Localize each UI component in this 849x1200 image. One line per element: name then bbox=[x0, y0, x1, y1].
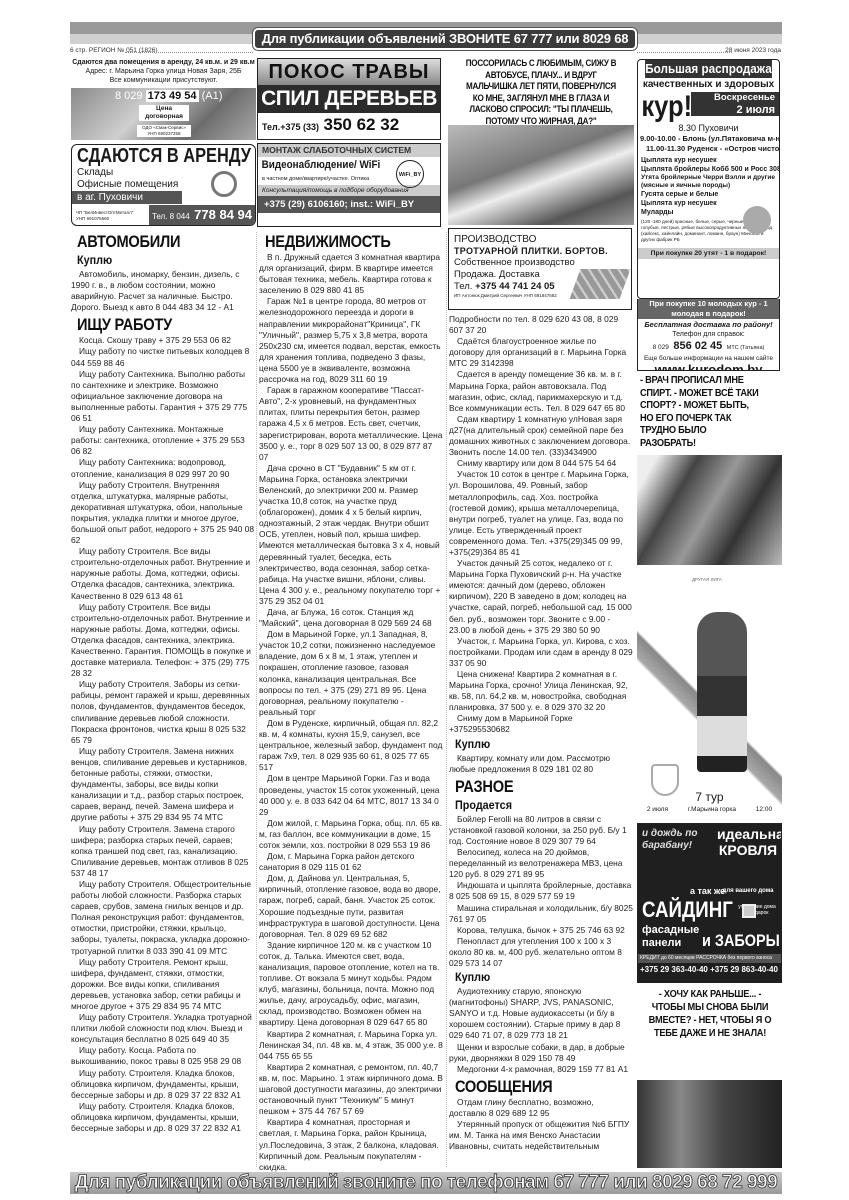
joke-before-photo bbox=[637, 1080, 782, 1168]
ad-poultry-s2: 9.00-10.00 - Блонь (ул.Пятаковича м-н Пч… bbox=[638, 134, 779, 144]
ad-poultry-day: Воскресенье bbox=[691, 92, 775, 104]
column-3: Подробности по тел. 8 029 620 43 08, 8 0… bbox=[449, 314, 633, 1152]
column-2: НЕДВИЖИМОСТЬ В п. Дружный сдается 3 комн… bbox=[259, 230, 443, 1173]
classified-item: Ищу работу Строителя. Внутренняя отделка… bbox=[71, 480, 254, 547]
ad-tiles-phone-label: Тел. bbox=[454, 281, 472, 292]
classified-item: Квартира 4 комнатная, просторная и светл… bbox=[259, 1117, 443, 1172]
ad-roofing-l3: для вашего дома bbox=[717, 888, 779, 894]
heading-real-estate: НЕДВИЖИМОСТЬ bbox=[265, 232, 418, 252]
ad-grass-phone-label: Тел.+375 (33) bbox=[262, 122, 319, 132]
ad-tiles-phone: +375 44 741 24 05 bbox=[475, 281, 555, 292]
classified-item: Ищу работу Строителя. Все виды строитель… bbox=[71, 602, 254, 680]
folio-date: 28 июня 2023 года bbox=[725, 47, 781, 54]
classified-item: В п. Дружный сдается 3 комнатная квартир… bbox=[259, 252, 443, 296]
ad-poultry-phone: 856 02 45 bbox=[673, 340, 722, 352]
gift-icon bbox=[742, 904, 756, 918]
classified-item: Ищу работу. Строителя. Кладка блоков, об… bbox=[71, 1101, 254, 1134]
ad-premises-operator: (A1) bbox=[202, 90, 223, 102]
wifi-logo-icon: WiFi_BY bbox=[396, 160, 424, 188]
ad-roofing-l1: и дождь по барабану! bbox=[642, 828, 712, 852]
joke-doctor-text: - ВРАЧ ПРОПИСАЛ МНЕ СПИРТ. - МОЖЕТ ВСЁ Т… bbox=[640, 374, 761, 449]
header-banner: Для публикации объявлений ЗВОНИТЕ 67 777… bbox=[253, 28, 637, 50]
classified-item: Квартиру, комнату или дом. Рассмотрю люб… bbox=[449, 753, 633, 775]
classified-item: Гараж №1 в центре города, 80 метров от ж… bbox=[259, 296, 443, 385]
ad-rent-location: в аг. Пуховичи bbox=[72, 191, 182, 204]
classified-item: Дом, г. Марьина Горка район детского сан… bbox=[259, 851, 443, 873]
classified-item: Ищу работу Строителя. Все виды строитель… bbox=[71, 546, 254, 601]
ad-wifi-contact: +375 (29) 6106160; inst.: WiFi_BY bbox=[258, 196, 440, 213]
classified-item: Квартира 2 комнатная, г. Марьина Горка у… bbox=[259, 1029, 443, 1062]
classified-item: Сдам квартиру 1 комнатную улНовая заря д… bbox=[449, 414, 633, 458]
heading-automobiles: АВТОМОБИЛИ bbox=[77, 232, 229, 252]
footer-banner: Для публикации объявлений звоните по тел… bbox=[70, 1172, 782, 1194]
classified-item: Ищу работу Сантехника. Выполню работы по… bbox=[71, 369, 254, 424]
ad-premises-phone: 173 49 54 bbox=[146, 90, 199, 102]
joke-before-text: - ХОЧУ КАК РАНЬШЕ... - ЧТОБЫ МЫ СНОВА БЫ… bbox=[648, 988, 771, 1040]
ad-poultry: Большая распродажа качественных и здоров… bbox=[637, 59, 780, 299]
classified-item: Участок 10 соток в центре г. Марьина Гор… bbox=[449, 469, 633, 558]
classified-item: Сдается в аренду помещение 36 кв. м. в г… bbox=[449, 369, 633, 413]
classified-item: Утерянный пропуск от общежития №6 БГПУ и… bbox=[449, 1119, 633, 1152]
column-divider bbox=[446, 232, 447, 1167]
ad-tiles-line1: ПРОИЗВОДСТВО bbox=[449, 233, 631, 246]
heading-buy: Куплю bbox=[455, 737, 615, 752]
ad-poultry-delivery: Бесплатная доставка по району! bbox=[638, 319, 779, 330]
ad-tiles: ПРОИЗВОДСТВО ТРОТУАРНОЙ ПЛИТКИ. БОРТОВ. … bbox=[448, 228, 632, 310]
classified-item: Автомобиль, иномарку, бензин, дизель, с … bbox=[71, 269, 254, 313]
ad-tiles-line3: Собственное производство bbox=[449, 257, 631, 269]
classified-item: Косца. Скошу траву + 375 29 553 06 82 bbox=[71, 335, 254, 346]
classified-item: Машина стиральная и холодильник, б/у 802… bbox=[449, 903, 633, 925]
ad-roofing-l7: и ЗАБОРЫ bbox=[702, 932, 780, 950]
ad-poultry-phone-label: Телефон для справок: bbox=[638, 330, 779, 339]
classified-item: Индюшата и цыплята бройлерные, доставка … bbox=[449, 880, 633, 902]
ad-roofing-credit: КРЕДИТ до 60 месяцев РАССРОЧКА без перво… bbox=[638, 954, 781, 963]
joke-bus-photo bbox=[448, 125, 634, 225]
classified-item: Дача, аг Блужа, 16 соток. Станция жд "Ма… bbox=[259, 607, 443, 629]
football-date: 2 июля bbox=[647, 806, 668, 813]
ad-poultry-title1: Большая распродажа bbox=[645, 60, 772, 78]
hen-image bbox=[743, 206, 771, 234]
column-1: АВТОМОБИЛИ Куплю Автомобиль, иномарку, б… bbox=[71, 230, 254, 1134]
ad-poultry-item: Утята бройлерные Черри Вэлли и другие (м… bbox=[641, 174, 779, 190]
classified-item: Ищу работу. Строителя. Кладка блоков, об… bbox=[71, 1068, 254, 1101]
column-divider bbox=[256, 232, 257, 1167]
ad-roofing-phone2: +375 29 863-40-40 bbox=[710, 965, 778, 974]
classified-item: Ищу работу Сантехника. Монтажные работы:… bbox=[71, 424, 254, 457]
ad-poultry-item: Цыплята бройлеры Кобб 500 и Росс 308 bbox=[641, 165, 779, 174]
ad-poultry-bottom: При покупке 10 молодых кур - 1 молодая в… bbox=[637, 299, 780, 371]
classified-item: Здание кирпичное 120 м. кв с участком 10… bbox=[259, 940, 443, 1029]
football-player-image bbox=[697, 612, 747, 772]
classified-item: Отдам глину бесплатно, возможно, доставл… bbox=[449, 1097, 633, 1119]
classified-item: Медогонки 4-х рамочная, 8029 159 77 81 А… bbox=[449, 1064, 633, 1075]
ad-premises-address: Адрес: г. Марьина Горка улица Новая Заря… bbox=[71, 67, 256, 76]
classified-item: Дом в Марьиной Горке, ул.1 Западная, 8, … bbox=[259, 629, 443, 718]
ad-wifi-title: МОНТАЖ СЛАБОТОЧНЫХ СИСТЕМ bbox=[258, 144, 440, 157]
heading-looking-for-work: ИЩУ РАБОТУ bbox=[77, 315, 229, 335]
classified-item: Ищу работу Строителя. Общестроительные р… bbox=[71, 879, 254, 957]
classified-item: Цена снижена! Квартира 2 комнатная в г. … bbox=[449, 669, 633, 713]
classified-item: Ищу работу. Косца. Работа по выкошиванию… bbox=[71, 1045, 254, 1067]
ad-premises-price: Цена договорная bbox=[139, 105, 189, 121]
ad-poultry-date: 2 июля bbox=[691, 104, 775, 116]
ad-rent: СДАЮТСЯ В АРЕНДУ Склады Офисные помещени… bbox=[71, 144, 256, 226]
ad-wifi: МОНТАЖ СЛАБОТОЧНЫХ СИСТЕМ Видеонаблюдени… bbox=[257, 143, 441, 227]
ad-roofing-phone1: +375 29 363-40-40 bbox=[640, 965, 708, 974]
ad-premises-title: Сдаются два помещения в аренду, 24 кв.м.… bbox=[71, 58, 256, 67]
ad-premises: Сдаются два помещения в аренду, 24 кв.м.… bbox=[71, 58, 256, 142]
ad-premises-company: ОДО «Смак-Сервис» УНП 690237258 bbox=[137, 125, 191, 137]
ad-poultry-s3: 11.00-11.30 Руденск - «Остров чистоты» bbox=[638, 144, 779, 154]
classified-item: Дом в Руденске, кирпичный, общая пл. 82,… bbox=[259, 718, 443, 773]
football-time: 12:00 bbox=[756, 806, 772, 813]
ad-poultry-promo2: При покупке 10 молодых кур - 1 молодая в… bbox=[638, 299, 779, 319]
ad-premises-phone-prefix: 8 029 bbox=[115, 90, 143, 102]
ad-poultry-site: www.kurodom.by bbox=[638, 363, 779, 371]
ad-grass-line2: СПИЛ ДЕРЕВЬЕВ bbox=[258, 85, 440, 113]
classified-item: Гараж в гаражном кооперативе "Пассат-Авт… bbox=[259, 385, 443, 463]
ad-grass-line1: ПОКОС ТРАВЫ bbox=[258, 59, 440, 85]
classified-item: Дача срочно в СТ "Будавник" 5 км от г. М… bbox=[259, 463, 443, 607]
classified-item: Корова, телушка, бычок + 375 25 746 63 9… bbox=[449, 925, 633, 936]
ad-tiles-line2: ТРОТУАРНОЙ ПЛИТКИ. БОРТОВ. bbox=[449, 246, 631, 257]
ad-poultry-item: Гусята серые и белые bbox=[641, 190, 779, 199]
classified-item: Ищу работу Строителя. Замена нижних венц… bbox=[71, 746, 254, 824]
classified-item: Ищу работу Строителя. Укладка тротуарной… bbox=[71, 1012, 254, 1045]
ad-poultry-s1: 8.30 Пуховичи bbox=[638, 123, 779, 134]
ad-roofing-l2: идеальная КРОВЛЯ bbox=[717, 826, 779, 858]
heading-miscellaneous: РАЗНОЕ bbox=[455, 777, 608, 797]
classified-item: Сниму дом в Марьиной Горке +375295530682 bbox=[449, 713, 633, 735]
classified-item: Участок дачный 25 соток, недалеко от г. … bbox=[449, 558, 633, 636]
keys-icon bbox=[211, 171, 237, 197]
heading-buy: Куплю bbox=[455, 970, 615, 985]
classified-item: Сниму квартиру или дом 8 044 575 54 64 bbox=[449, 458, 633, 469]
classified-item: Сдаётся благоустроенное жилье по договор… bbox=[449, 336, 633, 369]
ad-rent-title: СДАЮТСЯ В АРЕНДУ bbox=[77, 145, 223, 167]
football-poster: ДРУГАЯ ЛИГА 7 тур 2 июля г.Марьина горка… bbox=[637, 572, 782, 817]
ad-grass: ПОКОС ТРАВЫ СПИЛ ДЕРЕВЬЕВ Тел.+375 (33) … bbox=[257, 58, 441, 140]
football-round: 7 тур bbox=[637, 790, 782, 804]
ad-grass-phone: 350 62 32 bbox=[324, 115, 400, 134]
classified-item: Подробности по тел. 8 029 620 43 08, 8 0… bbox=[449, 314, 633, 336]
classified-item: Дом жилой, г. Марьина Горка, общ. пл. 65… bbox=[259, 818, 443, 851]
classified-item: Дом в центре Марьиной Горки. Газ и вода … bbox=[259, 773, 443, 817]
joke-bus-text: ПОССОРИЛАСЬ С ЛЮБИМЫМ, СИЖУ В АВТОБУСЕ, … bbox=[460, 58, 622, 127]
classified-item: Участок, г. Марьина Горка, ул. Кирова, с… bbox=[449, 636, 633, 669]
classified-item: Ищу работу Строителя. Замена старого шиф… bbox=[71, 824, 254, 879]
ad-poultry-phone-suffix: МТС (Татьяна) bbox=[727, 345, 765, 351]
ad-poultry-phone-prefix: 8 029 bbox=[653, 344, 669, 351]
classified-item: Ищу работу по чистке питьевых колодцев 8… bbox=[71, 346, 254, 368]
classified-item: Ищу работу Строителя. Заборы из сетки-ра… bbox=[71, 679, 254, 746]
classified-item: Ищу работу Сантехника: водопровод, отопл… bbox=[71, 457, 254, 479]
heading-buy: Куплю bbox=[77, 253, 236, 268]
ad-rent-phone-label: Тел. 8 044 bbox=[152, 212, 190, 221]
classified-item: Щенки и взрослые собаки, в дар, в добрые… bbox=[449, 1042, 633, 1064]
ad-roofing-l4: а так же bbox=[690, 886, 725, 896]
classified-item: Бойлер Ferolli на 80 литров в связи с ус… bbox=[449, 814, 633, 847]
ad-rent-company: ЧП "БелИнвестОптМеталл" УНП 691075560 bbox=[76, 210, 136, 221]
classified-item: Ищу работу Строителя. Ремонт крыш, шифер… bbox=[71, 957, 254, 1012]
ad-poultry-promo1: При покупке 20 утят - 1 в подарок! bbox=[638, 248, 779, 259]
folio-dots bbox=[637, 52, 732, 53]
classified-item: Аудиотехнику старую, японскую (магнитофо… bbox=[449, 986, 633, 1041]
classified-item: Дом, д. Дайнова ул. Центральная, 5, кирп… bbox=[259, 873, 443, 940]
ad-rent-phone: 778 84 94 bbox=[194, 207, 252, 222]
classified-item: Велосипед, колеса на 20 дюймов, передела… bbox=[449, 847, 633, 880]
ad-premises-utilities: Все коммуникации присутствуют. bbox=[71, 76, 256, 85]
folio-dots bbox=[125, 52, 253, 53]
ad-roofing-l6: фасадные панели bbox=[642, 924, 702, 950]
classified-item: Квартира 2 комнатная, с ремонтом, пл. 40… bbox=[259, 1062, 443, 1117]
heading-messages: СООБЩЕНИЯ bbox=[455, 1077, 608, 1097]
classified-item: Пенопласт для утепления 100 х 100 х 3 ок… bbox=[449, 936, 633, 969]
football-league: ДРУГАЯ ЛИГА bbox=[692, 577, 722, 582]
football-place: г.Марьина горка bbox=[688, 806, 736, 813]
ad-roofing-l5: САЙДИНГ bbox=[642, 898, 733, 922]
heading-for-sale: Продается bbox=[455, 798, 615, 813]
ad-poultry-item: Цыплята кур несушек bbox=[641, 156, 779, 165]
ad-roofing: и дождь по барабану! идеальная КРОВЛЯ дл… bbox=[637, 823, 782, 983]
joke-doctor-photo bbox=[637, 455, 782, 565]
